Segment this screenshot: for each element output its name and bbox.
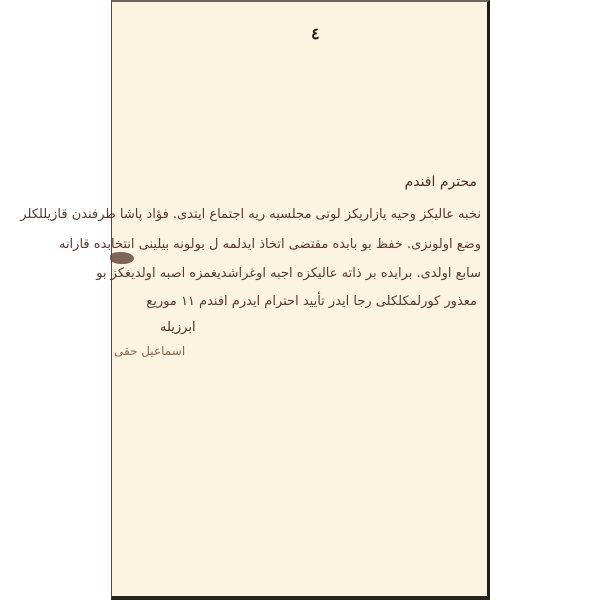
body-line-3: سابع اولدی. برایده بر ذاته عالیکزه اجبه … (96, 266, 481, 281)
letter-page: ٤ محترم افندم نخبه عالیکز وحیه یازاریکز … (111, 0, 490, 600)
body-line-1: نخبه عالیکز وحیه یازاریکز لوتی مجلسیه ری… (20, 207, 481, 222)
page-number: ٤ (311, 24, 320, 43)
body-line-2: وضع اولونزی. خفظ بو بابده مقتضی اتخاذ ای… (59, 237, 481, 252)
ink-blot (110, 252, 134, 264)
salutation: محترم افندم (405, 174, 477, 190)
signature: اسماعیل حقی (114, 344, 185, 358)
closing-word: ابرزیله (160, 320, 196, 335)
body-line-4: معذور کورلمکلکلی رجا ایدر تأیید احترام ا… (146, 294, 477, 309)
